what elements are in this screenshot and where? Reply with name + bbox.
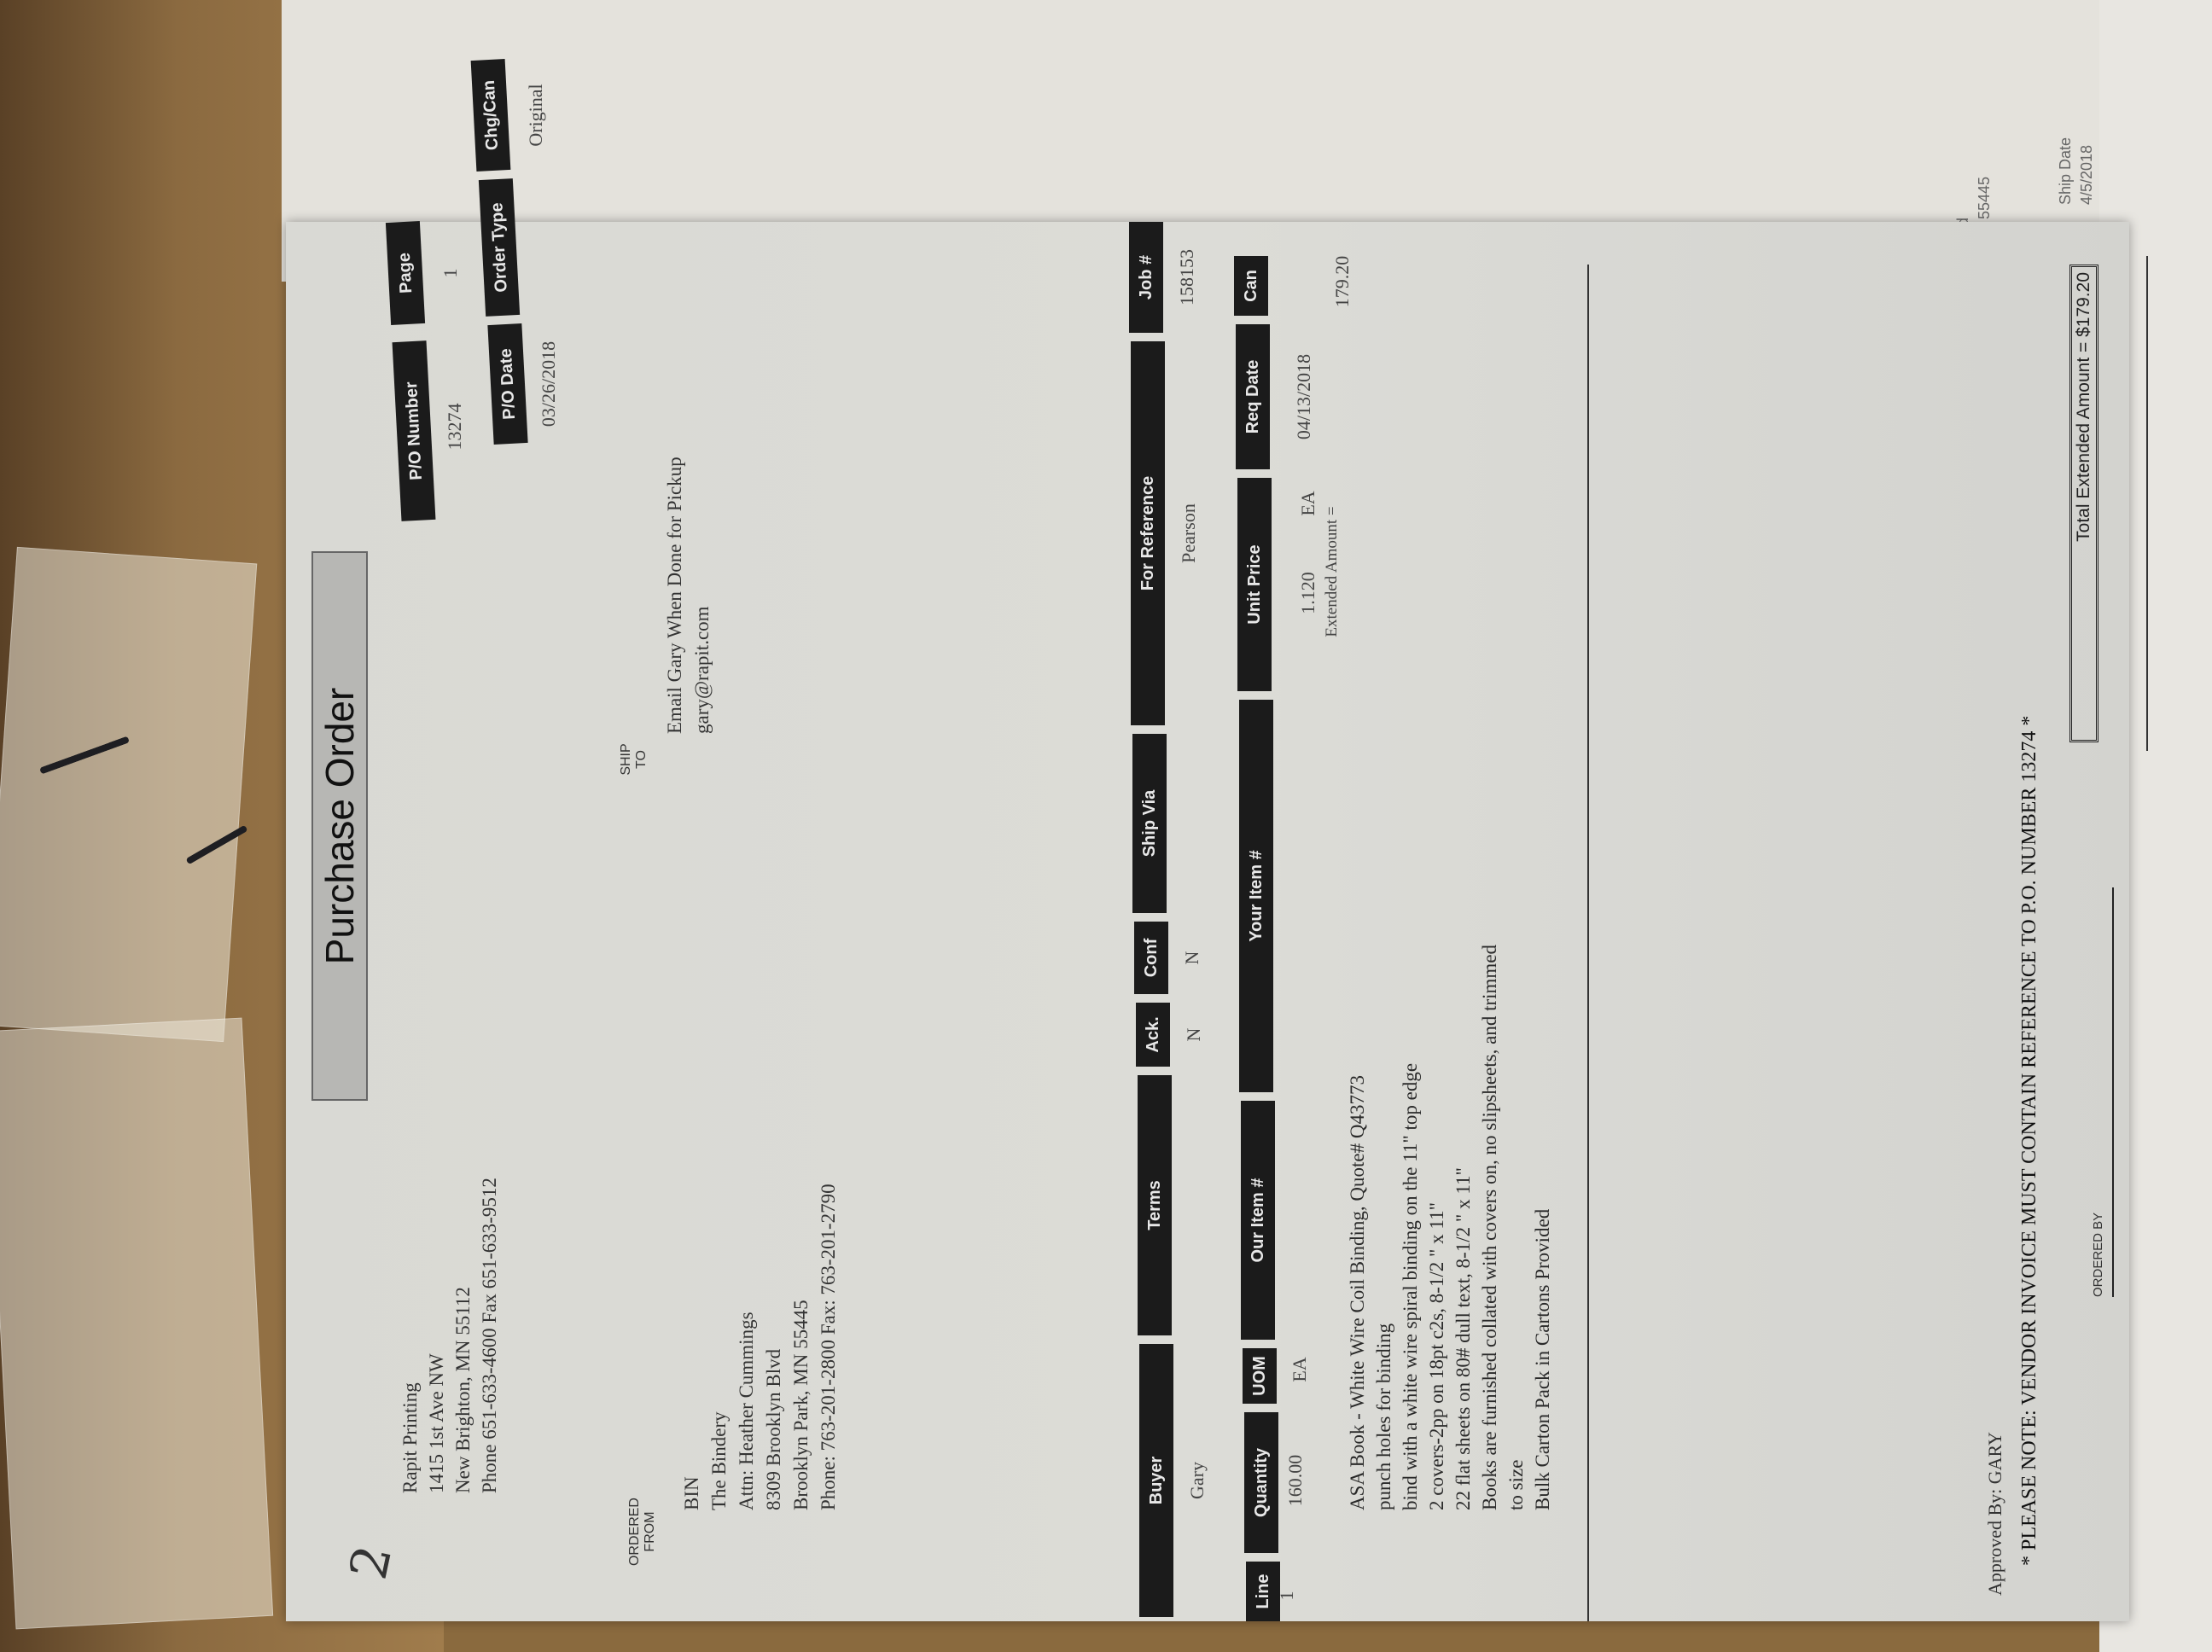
line-unit-price-uom: EA [1297, 478, 1319, 529]
order-header-job: Job # [1129, 222, 1163, 333]
ordered-by-label: ORDERED BY [2091, 1213, 2105, 1297]
po-date-header: P/O Date [487, 323, 527, 445]
ship-to-label: SHIP TO [619, 734, 649, 785]
order-value: N [1181, 922, 1203, 994]
ordered-from-label: ORDERED FROM [627, 1493, 658, 1570]
order-value: N [1183, 1003, 1205, 1067]
vendor-city: Brooklyn Park, MN 55445 [788, 1184, 815, 1510]
background-text: Ship Date [2057, 137, 2075, 205]
handwritten-mark: 2 [339, 1540, 404, 1585]
total-extended-amount: Total Extended Amount = $179.20 [2069, 265, 2098, 742]
approved-by: Approved By: GARY [1984, 1432, 2006, 1596]
extended-amount-label: Extended Amount = [1323, 478, 1342, 666]
description-line: Books are furnished collated with covers… [1476, 945, 1503, 1510]
line-header-line: Line [1246, 1562, 1280, 1621]
order-value: Pearson [1178, 341, 1200, 725]
description-line: to size [1503, 945, 1529, 1510]
company-address: 1415 1st Ave NW [423, 1178, 450, 1493]
po-number-value: 13274 [444, 358, 466, 495]
company-name: Rapit Printing [397, 1178, 423, 1493]
vendor-street: 8309 Brooklyn Blvd [760, 1184, 788, 1510]
ship-to-email: gary@rapit.com [689, 457, 716, 734]
chg-can-header: Chg/Can [471, 59, 511, 172]
vendor-code: BIN [678, 1184, 706, 1510]
to-label: TO [634, 734, 649, 785]
ship-to-line1: Email Gary When Done for Pickup [661, 457, 689, 734]
vendor-attn: Attn: Heather Cummings [733, 1184, 760, 1510]
company-city: New Brighton, MN 55112 [450, 1178, 476, 1493]
company-phone: Phone 651-633-4600 Fax 651-633-9512 [476, 1178, 503, 1493]
order-type-header: Order Type [479, 178, 520, 317]
line-unit-price: 1.120 [1297, 555, 1319, 631]
description-line: bind with a white wire spiral binding on… [1397, 945, 1423, 1510]
description-line: punch holes for binding [1371, 945, 1397, 1510]
ship-to-address: Email Gary When Done for Pickup gary@rap… [661, 457, 716, 734]
vendor-phone: Phone: 763-201-2800 Fax: 763-201-2790 [815, 1184, 842, 1510]
extended-amount-value: 179.20 [1331, 239, 1353, 324]
line-req-date: 04/13/2018 [1293, 324, 1315, 469]
vendor-name: The Bindery [706, 1184, 733, 1510]
description-line: 22 flat sheets on 80# dull text, 8-1/2 "… [1450, 945, 1476, 1510]
background-text: 4/5/2018 [2078, 145, 2096, 205]
line-uom: EA [1289, 1340, 1311, 1399]
tissue-paper [0, 547, 257, 1042]
line-header-our-item: Our Item # [1241, 1101, 1275, 1340]
document-title: Purchase Order [311, 551, 368, 1101]
line-header-uom: UOM [1243, 1348, 1277, 1404]
order-header-terms: Terms [1138, 1075, 1172, 1335]
description-line: 2 covers-2pp on 18pt c2s, 8-1/2 " x 11" [1423, 945, 1450, 1510]
order-value: 158153 [1176, 222, 1198, 333]
ship-label: SHIP [619, 734, 634, 785]
line-quantity: 160.00 [1284, 1416, 1307, 1544]
line-number: 1 [1276, 1579, 1298, 1613]
order-value: Gary [1186, 1344, 1208, 1617]
signature-line [2112, 887, 2114, 1297]
po-date-value: 03/26/2018 [538, 324, 560, 444]
line-header-unit-price: Unit Price [1237, 478, 1272, 691]
tissue-paper [0, 1018, 273, 1630]
page-value: 1 [439, 239, 462, 307]
line-item-description: ASA Book - White Wire Coil Binding, Quot… [1344, 945, 1556, 1510]
page-header: Page [386, 221, 425, 325]
purchase-order-document: 2 Purchase Order Rapit Printing 1415 1st… [286, 222, 2129, 1621]
order-header-conf: Conf [1134, 922, 1168, 994]
order-header-buyer: Buyer [1139, 1344, 1173, 1617]
order-header-ack: Ack. [1136, 1003, 1170, 1067]
divider-line [2146, 256, 2148, 751]
description-line: ASA Book - White Wire Coil Binding, Quot… [1344, 945, 1371, 1510]
invoice-note: * PLEASE NOTE: VENDOR INVOICE MUST CONTA… [2018, 716, 2041, 1566]
company-block: Rapit Printing 1415 1st Ave NW New Brigh… [397, 1178, 503, 1493]
description-line: Bulk Carton Pack in Cartons Provided [1529, 945, 1556, 1510]
divider-line [1587, 265, 1589, 1621]
vendor-address: BIN The Bindery Attn: Heather Cummings 8… [678, 1184, 842, 1510]
order-header-ship-via: Ship Via [1132, 734, 1167, 913]
order-header-for-reference: For Reference [1131, 341, 1165, 725]
line-header-your-item: Your Item # [1239, 700, 1273, 1092]
line-header-can: Can [1234, 256, 1268, 316]
chg-can-value: Original [525, 60, 547, 171]
from-label: FROM [643, 1493, 658, 1570]
po-number-header: P/O Number [393, 340, 436, 521]
line-header-req-date: Req Date [1236, 324, 1270, 469]
line-header-quantity: Quantity [1244, 1412, 1278, 1553]
ordered-label: ORDERED [627, 1493, 643, 1570]
